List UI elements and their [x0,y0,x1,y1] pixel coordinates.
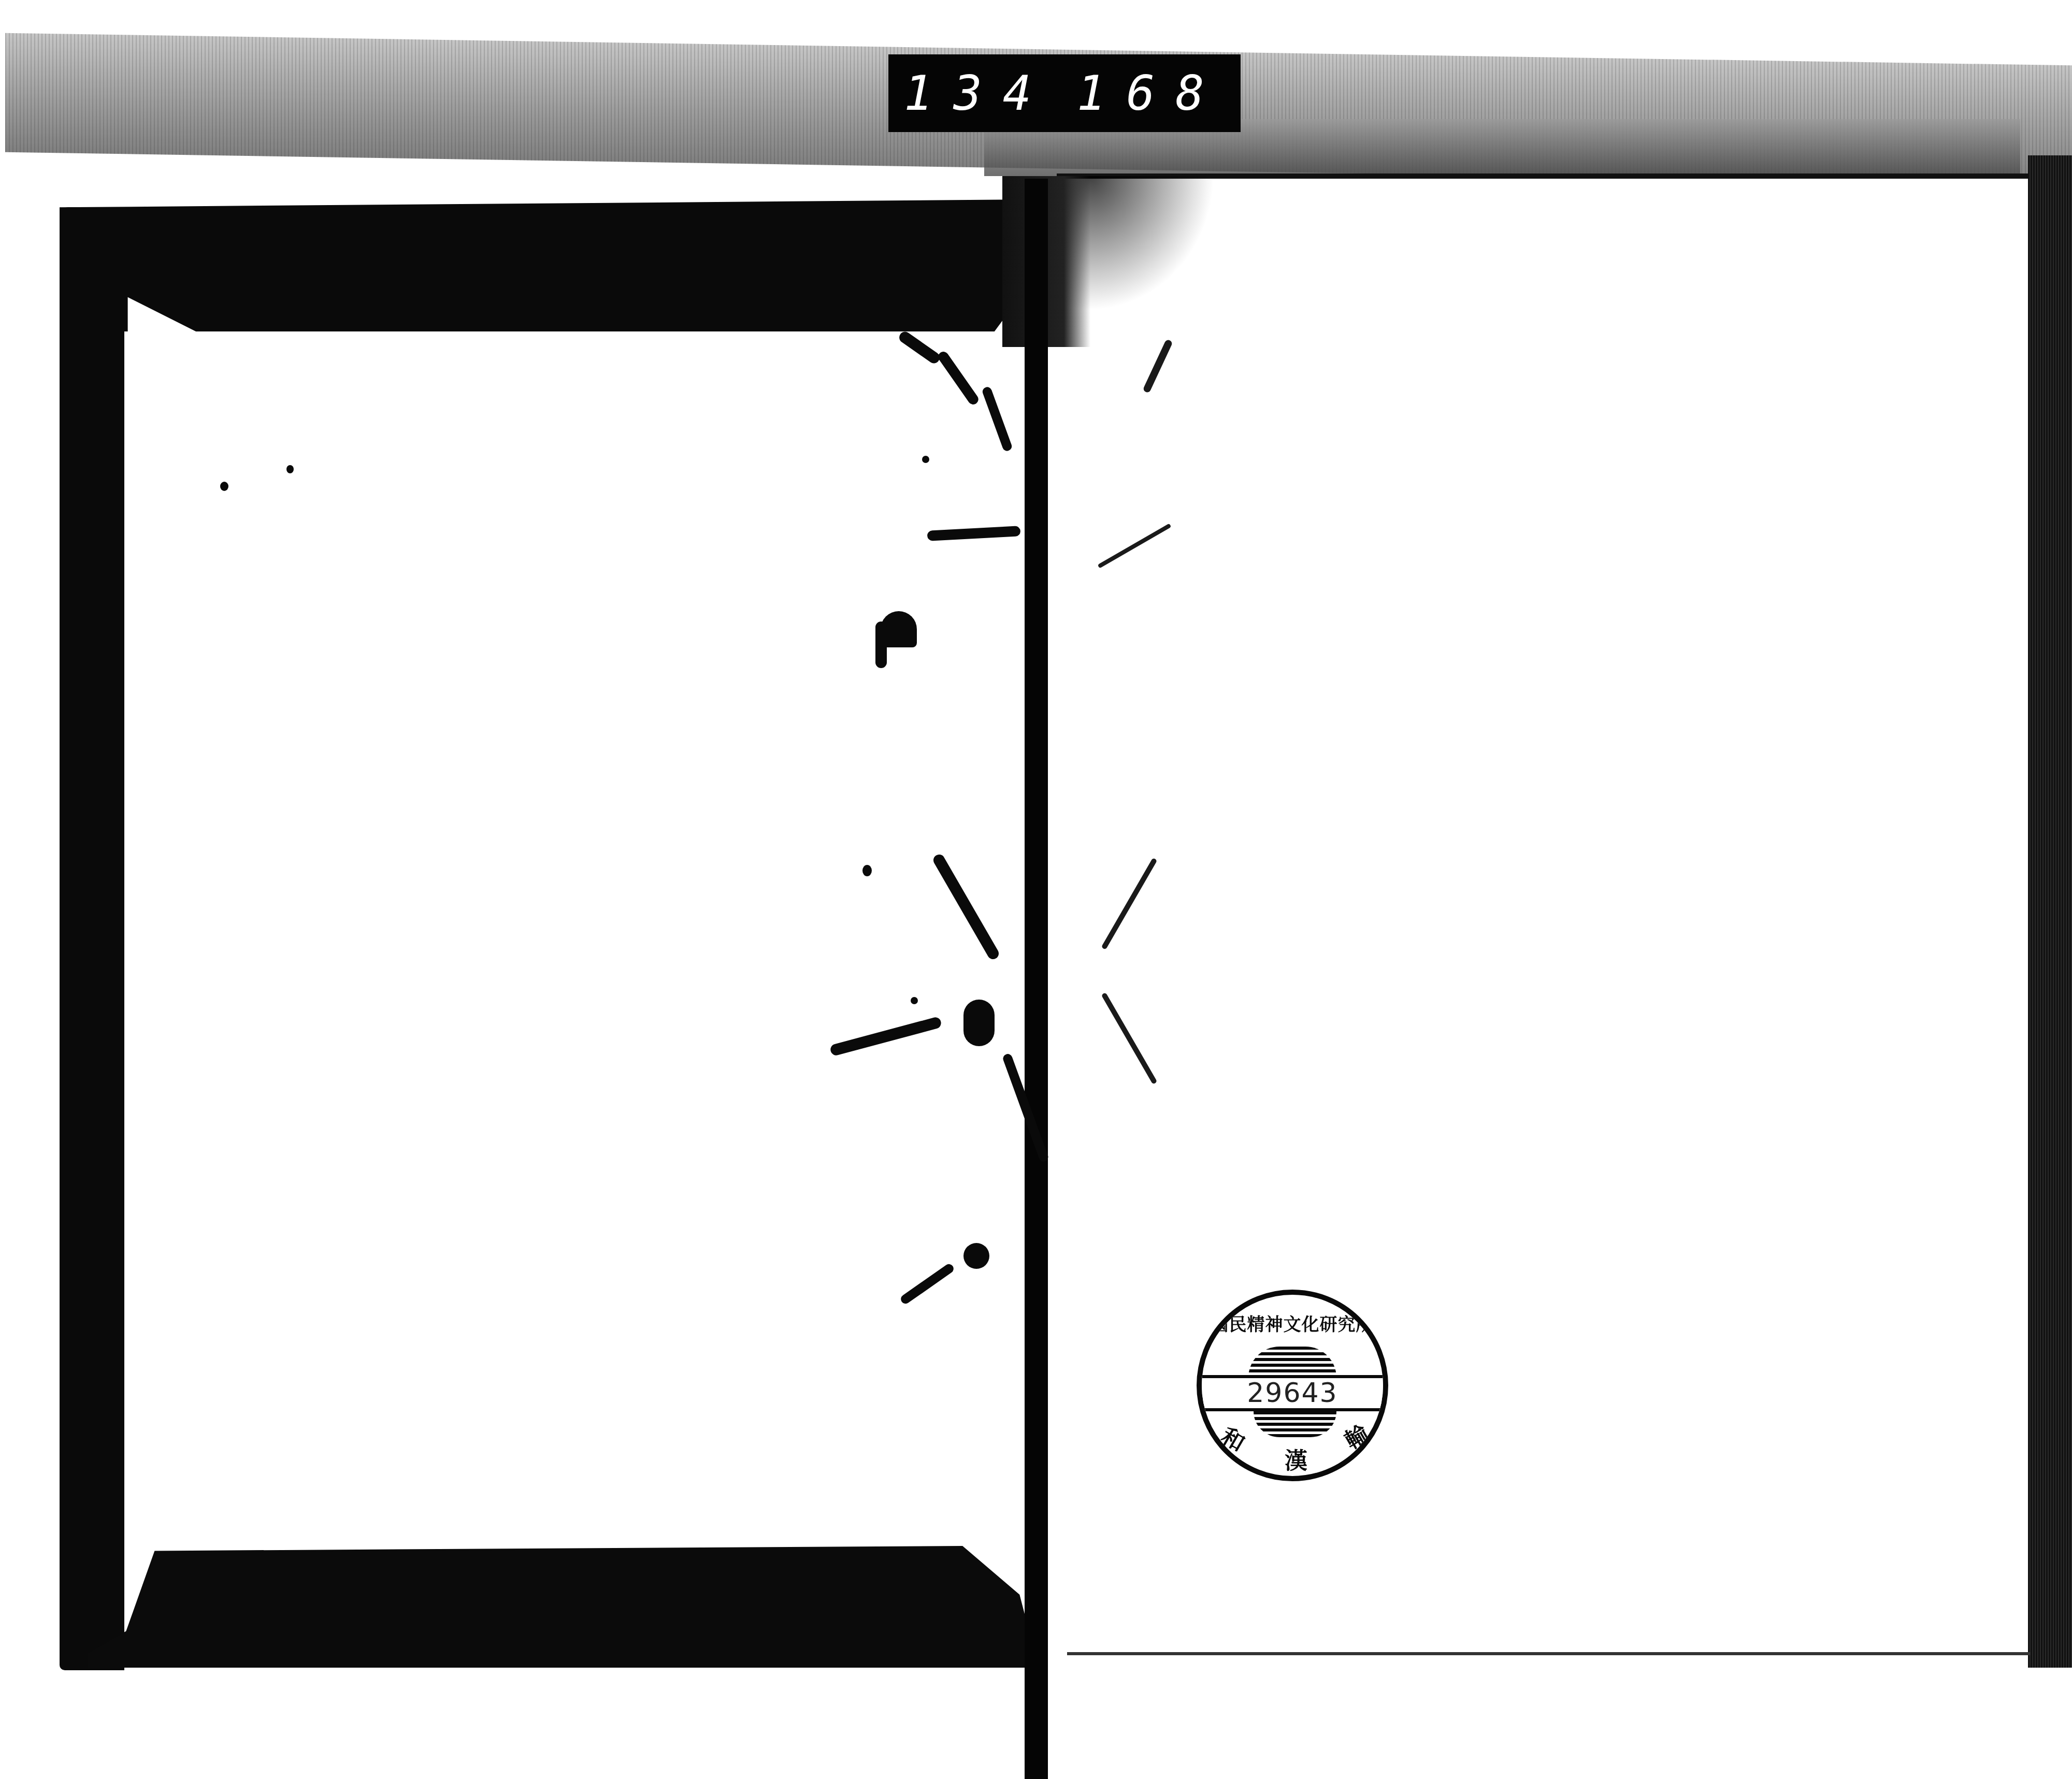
wormhole-damage [875,621,887,668]
cover-turn-in-left [60,207,124,1670]
stamp-accession-number: 29643 [1247,1378,1337,1409]
ink-spot [862,865,872,876]
stamp-rising-sun-emblem [1248,1347,1336,1378]
stamp-classification-char: 漢 [1285,1442,1307,1476]
ink-spot [922,456,929,463]
wormhole-damage [963,1243,989,1269]
stamp-number-band: 29643 [1202,1375,1383,1411]
ink-spot [220,482,228,491]
frame-counter-tag: 134 168 [888,54,1241,132]
frame-counter-left: 134 [904,66,1052,121]
cover-turn-in-bottom [88,1546,1039,1668]
page-bottom-edge [1067,1652,2031,1655]
stamp-rising-sun-emblem-lower [1254,1411,1336,1437]
stamp-institution-name: 國民精神文化研究所 [1202,1310,1383,1336]
page-block-edge [2028,155,2072,1668]
ink-spot [286,465,294,473]
frame-counter-right: 168 [1077,66,1225,121]
cover-turn-in-top [60,199,1033,331]
wormhole-damage [963,1000,995,1046]
endpaper-page [1057,173,2028,1670]
inside-front-cover [60,199,1046,1670]
scanned-book-page: 134 168 國民精神文化研究所 29643 和 漢 輸 [0,0,2072,1779]
ink-spot [911,997,918,1004]
library-ownership-stamp: 國民精神文化研究所 29643 和 漢 輸 [1197,1290,1388,1481]
book-gutter [1025,179,1048,1779]
